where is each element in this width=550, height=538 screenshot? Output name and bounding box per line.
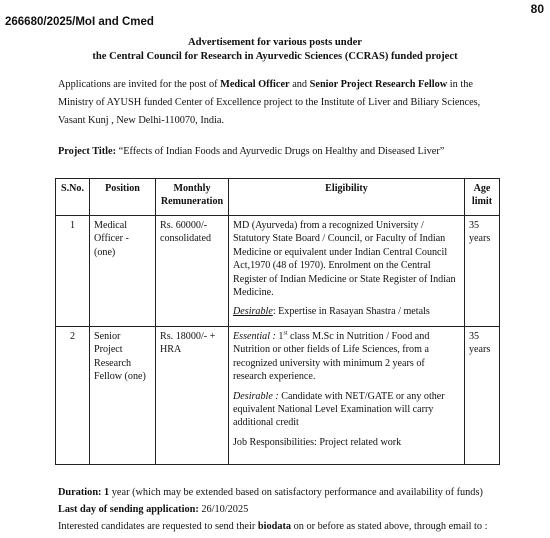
desirable-text: : Expertise in Rasayan Shastra / metals [273,306,430,317]
interest-biodata: biodata [258,521,291,532]
eligibility-desirable: Desirable : Candidate with NET/GATE or a… [233,390,460,430]
last-day-value: 26/10/2025 [199,504,248,515]
cell-sno: 1 [56,216,90,327]
interest-text-1: Interested candidates are requested to s… [58,521,258,532]
cell-age-limit: 35 years [465,216,500,327]
header-remuneration: Monthly Remuneration [156,179,229,216]
interest-line: Interested candidates are requested to s… [58,518,548,535]
project-title-text: “Effects of Indian Foods and Ayurvedic D… [116,146,444,157]
desirable-label: Desirable [233,306,273,317]
cell-position: Senior Project Research Fellow (one) [90,327,156,465]
last-day-label: Last day of sending application: [58,504,199,515]
page-number: 80 [531,2,544,16]
heading-line-1: Advertisement for various posts under [0,36,550,50]
header-sno: S.No. [56,179,90,216]
advertisement-heading: Advertisement for various posts under th… [0,36,550,64]
cell-sno: 2 [56,327,90,465]
essential-label: Essential : [233,331,276,342]
cell-eligibility: MD (Ayurveda) from a recognized Universi… [229,216,465,327]
duration-line: Duration: 1 year (which may be extended … [58,484,548,501]
intro-text-1: Applications are invited for the post of [58,79,220,90]
project-title-label: Project Title: [58,146,116,157]
table-header-row: S.No. Position Monthly Remuneration Elig… [56,179,500,216]
cell-position: Medical Officer - (one) [90,216,156,327]
last-day-line: Last day of sending application: 26/10/2… [58,501,548,518]
eligibility-essential: Essential : 1st class M.Sc in Nutrition … [233,330,460,384]
cell-remuneration: Rs. 60000/- consolidated [156,216,229,327]
posts-table: S.No. Position Monthly Remuneration Elig… [55,178,500,465]
footer-details: Duration: 1 year (which may be extended … [58,484,548,535]
duration-text: year (which may be extended based on sat… [109,487,483,498]
post-senior-project-research-fellow: Senior Project Research Fellow [310,79,448,90]
eligibility-desirable: Desirable: Expertise in Rasayan Shastra … [233,305,460,318]
desirable-label: Desirable : [233,391,279,402]
heading-line-2: the Central Council for Research in Ayur… [0,50,550,64]
interest-text-2: on or before as stated above, through em… [291,521,487,532]
table-row: 2 Senior Project Research Fellow (one) R… [56,327,500,465]
reference-number: 266680/2025/MoI and Cmed [5,16,154,28]
cell-age-limit: 35 years [465,327,500,465]
job-responsibilities: Job Responsibilities: Project related wo… [233,436,460,449]
cell-remuneration: Rs. 18000/- + HRA [156,327,229,465]
project-title: Project Title: “Effects of Indian Foods … [58,146,444,157]
header-position: Position [90,179,156,216]
intro-text-2: and [290,79,310,90]
table-row: 1 Medical Officer - (one) Rs. 60000/- co… [56,216,500,327]
duration-label: Duration: 1 [58,487,109,498]
post-medical-officer: Medical Officer [220,79,289,90]
intro-paragraph: Applications are invited for the post of… [58,76,498,130]
cell-eligibility: Essential : 1st class M.Sc in Nutrition … [229,327,465,465]
header-eligibility: Eligibility [229,179,465,216]
header-age-limit: Age limit [465,179,500,216]
eligibility-main: MD (Ayurveda) from a recognized Universi… [233,219,460,299]
